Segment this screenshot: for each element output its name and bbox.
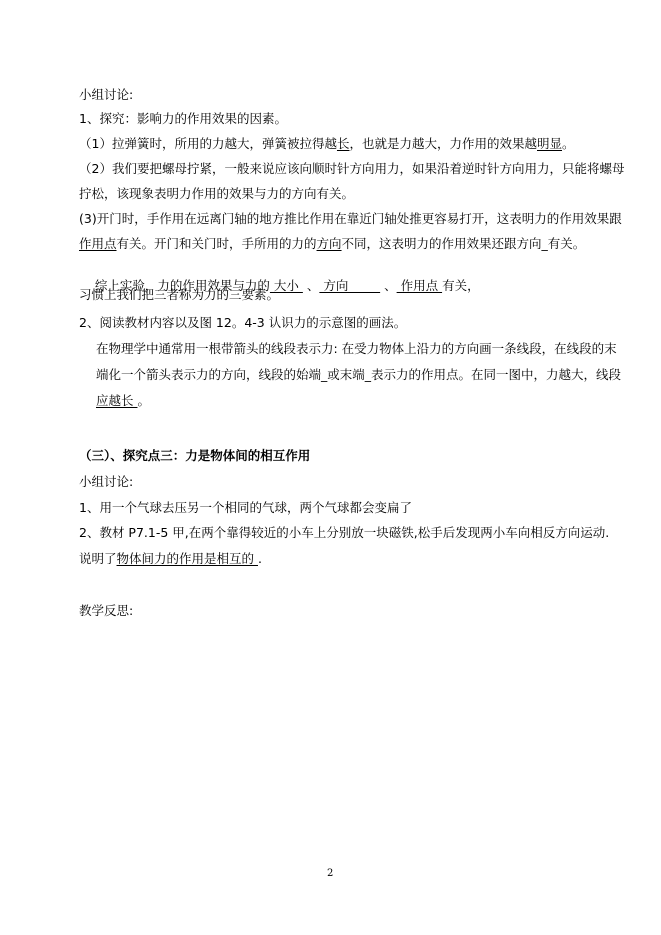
- conclusion-prefix: 说明了: [79, 551, 117, 566]
- section-title-3: （三）、探究点三：力是物体间的相互作用: [79, 448, 310, 464]
- separator: 、: [303, 278, 319, 293]
- magnet-cart-item: 2、教材 P7.1-5 甲,在两个靠得较近的小车上分别放一块磁铁,松手后发现两小…: [79, 525, 609, 541]
- page-number: 2: [327, 868, 333, 879]
- answer-blank: 长: [337, 136, 350, 151]
- separator: 、: [380, 278, 396, 293]
- sub1-end: 。: [562, 136, 575, 151]
- answer-blank: 作用点: [397, 278, 442, 293]
- sub-item-3-line2: 作用点有关。开门和关门时，手所用的力的方向不同，这表明力的作用效果还跟方向_有关…: [79, 236, 585, 252]
- answer-blank: 作用点: [79, 236, 117, 251]
- reading-item-2: 2、阅读教材内容以及图 12。4-3 认识力的示意图的画法。: [79, 315, 406, 331]
- p3-end: 。: [137, 393, 150, 408]
- sub3-end: 不同，这表明力的作用效果还跟方向_有关。: [342, 236, 586, 251]
- three-elements-line: 习惯上我们把三者称为力的三要素。: [79, 287, 279, 303]
- sub1-mid: ，也就是力越大，力作用的效果越: [349, 136, 537, 151]
- answer-blank: 明显: [537, 136, 562, 151]
- sub-item-1: （1）拉弹簧时，所用的力越大，弹簧被拉得越长，也就是力越大，力作用的效果越明显。: [79, 136, 575, 152]
- sub3-mid: 有关。开门和关门时，手所用的力的: [117, 236, 317, 251]
- answer-blank: 方向: [319, 278, 380, 293]
- summary-end: 有关，: [442, 278, 480, 293]
- reading-paragraph-line2: 端化一个箭头表示力的方向，线段的始端_或末端_表示力的作用点。在同一图中，力越大…: [96, 367, 621, 383]
- reading-paragraph-line3: 应越长 。: [96, 393, 150, 409]
- sub1-prefix: （1）拉弹簧时，所用的力越大，弹簧被拉得越: [79, 136, 337, 151]
- reading-paragraph-line1: 在物理学中通常用一根带箭头的线段表示力: 在受力物体上沿力的方向画一条线段，在线…: [96, 341, 617, 357]
- answer-blank: 应越长: [96, 393, 137, 408]
- sub-item-2-line1: （2）我们要把螺母拧紧，一般来说应该向顺时针方向用力，如果沿着逆时针方向用力，只…: [79, 161, 624, 177]
- answer-blank: 物体间力的作用是相互的: [117, 551, 258, 566]
- group-discussion-heading: 小组讨论:: [79, 87, 133, 103]
- inquiry-item-1: 1、探究：影响力的作用效果的因素。: [79, 111, 287, 127]
- sub-item-3-line1: (3)开门时，手作用在远离门轴的地方推比作用在靠近门轴处推更容易打开，这表明力的…: [79, 211, 622, 227]
- conclusion-line: 说明了物体间力的作用是相互的 .: [79, 551, 262, 567]
- answer-blank: 方向: [317, 236, 342, 251]
- conclusion-end: .: [258, 551, 262, 566]
- sub-item-2-line2: 拧松，该现象表明力作用的效果与力的方向有关。: [79, 186, 354, 202]
- balloon-item: 1、用一个气球去压另一个相同的气球，两个气球都会变扁了: [79, 500, 412, 516]
- group-discussion-heading-2: 小组讨论:: [79, 474, 133, 490]
- teaching-reflection-heading: 教学反思:: [79, 603, 133, 619]
